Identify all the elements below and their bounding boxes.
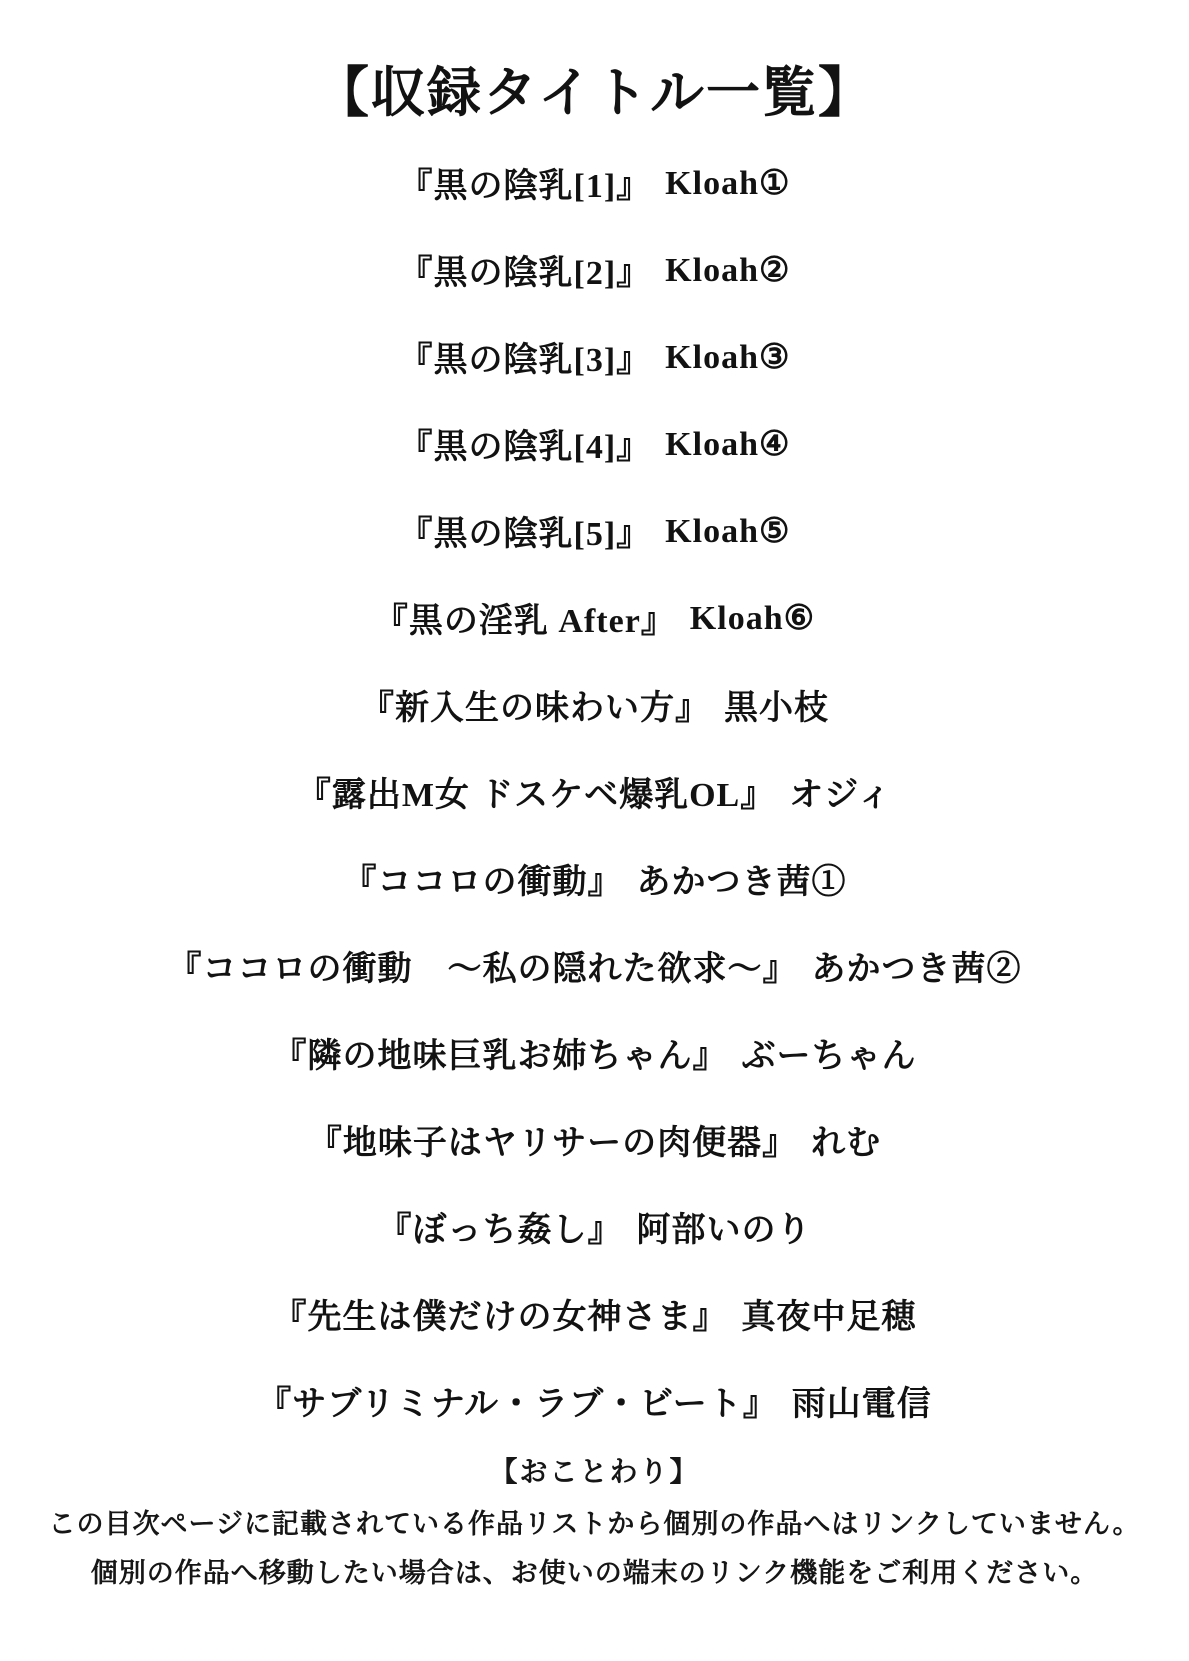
work-author: れむ [811,1115,881,1164]
notice-line: 個別の作品へ移動したい場合は、お使いの端末のリンク機能をご利用ください。 [0,1551,1189,1590]
toc-item: 『ぼっち姦し』 阿部いのり [0,1183,1189,1270]
toc-page: 【収録タイトル一覧】 『黒の陰乳[1]』 Kloah① 『黒の陰乳[2]』 Kl… [0,0,1189,1661]
toc-item: 『隣の地味巨乳お姉ちゃん』 ぶーちゃん [0,1009,1189,1096]
work-title: 『ココロの衝動』 [343,854,623,903]
work-title: 『黒の淫乳 After』 [374,593,676,642]
page-title: 【収録タイトル一覧】 [0,0,1189,123]
work-author: 雨山電信 [792,1376,932,1425]
toc-item: 『露出M女 ドスケベ爆乳OL』 オジィ [0,748,1189,835]
work-author: Kloah③ [665,337,790,377]
toc-item: 『黒の陰乳[2]』 Kloah② [0,226,1189,313]
work-author: あかつき茜① [637,854,847,903]
toc-item: 『ココロの衝動 ～私の隠れた欲求～』 あかつき茜② [0,922,1189,1009]
work-title: 『露出M女 ドスケベ爆乳OL』 [297,767,775,816]
work-author: あかつき茜② [812,941,1022,990]
work-author: Kloah⑤ [665,511,790,551]
work-author: Kloah② [665,250,790,290]
toc-item: 『新入生の味わい方』 黒小枝 [0,661,1189,748]
toc-item: 『黒の淫乳 After』 Kloah⑥ [0,574,1189,661]
work-author: ぶーちゃん [742,1028,917,1077]
notice-heading: 【おことわり】 [0,1450,1189,1490]
work-title: 『隣の地味巨乳お姉ちゃん』 [273,1028,728,1077]
work-author: 阿部いのり [637,1202,812,1251]
work-author: Kloah⑥ [690,598,815,638]
toc-item: 『サブリミナル・ラブ・ビート』 雨山電信 [0,1357,1189,1444]
work-title: 『黒の陰乳[1]』 [399,158,652,207]
work-author: 黒小枝 [724,680,829,729]
work-title: 『サブリミナル・ラブ・ビート』 [257,1376,778,1425]
work-author: 真夜中足穂 [742,1289,917,1338]
notice-line: この目次ページに記載されている作品リストから個別の作品へはリンクしていません。 [0,1502,1189,1541]
toc-item: 『黒の陰乳[3]』 Kloah③ [0,313,1189,400]
work-title: 『ぼっち姦し』 [378,1202,623,1251]
work-title: 『黒の陰乳[3]』 [399,332,652,381]
toc-list: 『黒の陰乳[1]』 Kloah① 『黒の陰乳[2]』 Kloah② 『黒の陰乳[… [0,139,1189,1444]
work-title: 『ココロの衝動 ～私の隠れた欲求～』 [168,941,798,990]
toc-item: 『地味子はヤリサーの肉便器』 れむ [0,1096,1189,1183]
work-author: Kloah① [665,163,790,203]
work-title: 『新入生の味わい方』 [360,680,710,729]
work-title: 『先生は僕だけの女神さま』 [273,1289,728,1338]
toc-item: 『黒の陰乳[5]』 Kloah⑤ [0,487,1189,574]
work-title: 『地味子はヤリサーの肉便器』 [308,1115,797,1164]
notice-block: 【おことわり】 この目次ページに記載されている作品リストから個別の作品へはリンク… [0,1450,1189,1590]
work-title: 『黒の陰乳[2]』 [399,245,652,294]
toc-item: 『黒の陰乳[1]』 Kloah① [0,139,1189,226]
toc-item: 『ココロの衝動』 あかつき茜① [0,835,1189,922]
toc-item: 『先生は僕だけの女神さま』 真夜中足穂 [0,1270,1189,1357]
work-title: 『黒の陰乳[5]』 [399,506,652,555]
toc-item: 『黒の陰乳[4]』 Kloah④ [0,400,1189,487]
work-author: オジィ [789,767,892,816]
work-author: Kloah④ [665,424,790,464]
work-title: 『黒の陰乳[4]』 [399,419,652,468]
